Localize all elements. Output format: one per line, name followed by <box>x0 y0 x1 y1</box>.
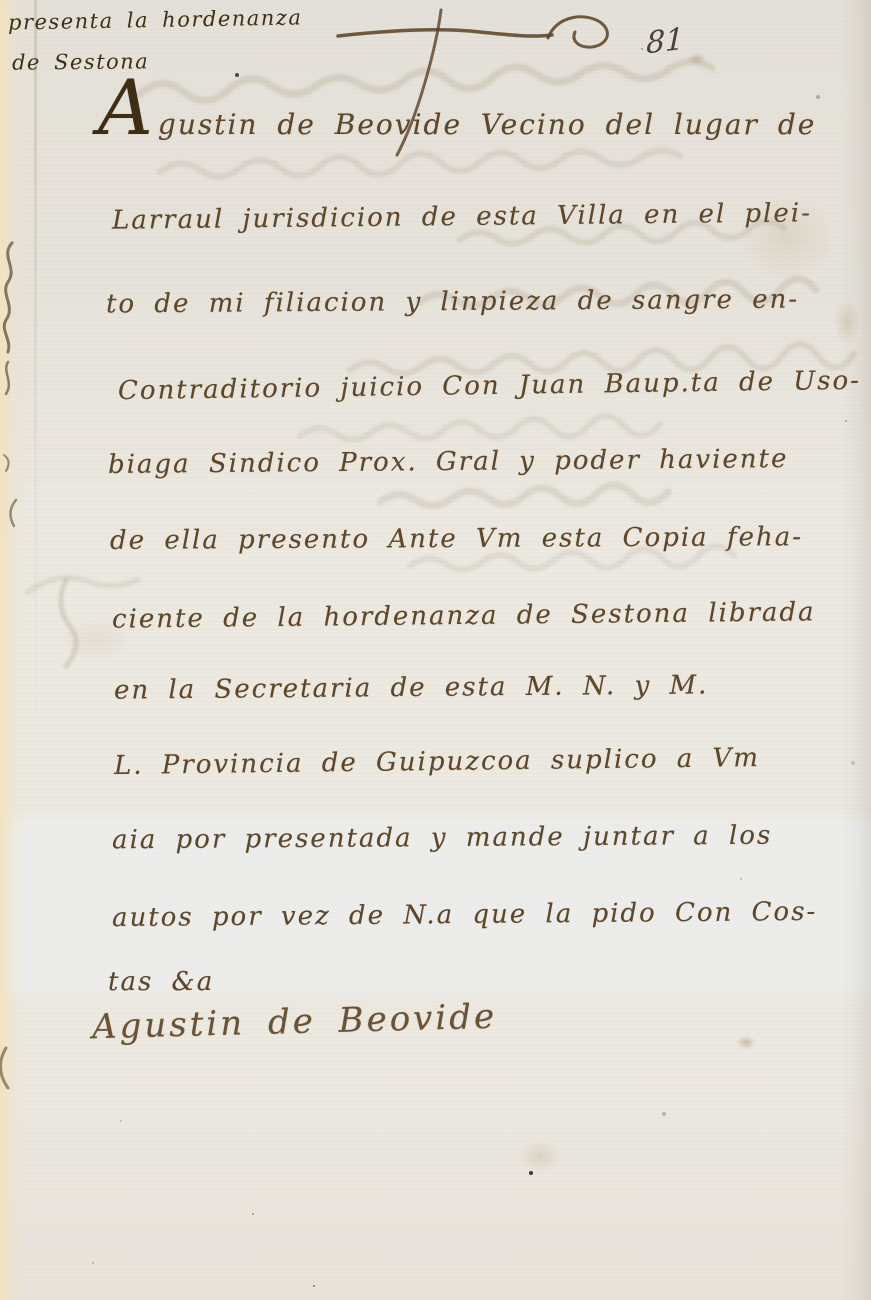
fore-edge-ink-marks <box>0 243 16 1088</box>
fold-crease <box>34 0 37 760</box>
stain <box>736 1035 756 1050</box>
body-line-3: to de mi filiacion y linpieza de sangre … <box>106 285 799 320</box>
ink-specks <box>0 0 2 2</box>
body-line-12: tas &a <box>108 967 214 997</box>
stain <box>688 52 706 65</box>
manuscript-page: presenta la hordenanza de Sestona 81 Agu… <box>0 0 871 1300</box>
body-line-9: L. Provincia de Guipuzcoa suplico a Vm <box>114 743 760 781</box>
body-line-6: de ella presento Ante Vm esta Copia feha… <box>110 522 803 556</box>
body-line-11: autos por vez de N.a que la pido Con Cos… <box>112 897 818 933</box>
margin-note-line-1: presenta la hordenanza <box>8 5 303 34</box>
stain <box>740 195 835 280</box>
body-line-10: aia por presentada y mande juntar a los <box>112 821 772 856</box>
body-line-8: en la Secretaria de esta M. N. y M. <box>114 670 709 705</box>
stain <box>60 620 130 660</box>
stain <box>834 300 860 344</box>
signature: Agustin de Beovide <box>92 997 498 1048</box>
body-line-5: biaga Sindico Prox. Gral y poder havient… <box>108 444 789 480</box>
body-line-4: Contraditorio juicio Con Juan Baup.ta de… <box>118 366 861 406</box>
bleed-through-ghost-text <box>28 61 854 666</box>
body-line-2: Larraul jurisdicion de esta Villa en el … <box>112 198 812 235</box>
stain <box>518 1140 562 1172</box>
body-line-1: Agustin de Beovide Vecino del lugar de <box>98 104 816 141</box>
body-line-7: ciente de la hordenanza de Sestona libra… <box>112 597 816 634</box>
bleed-through-and-flourishes <box>0 0 871 1300</box>
folio-number: 81 <box>646 22 685 62</box>
